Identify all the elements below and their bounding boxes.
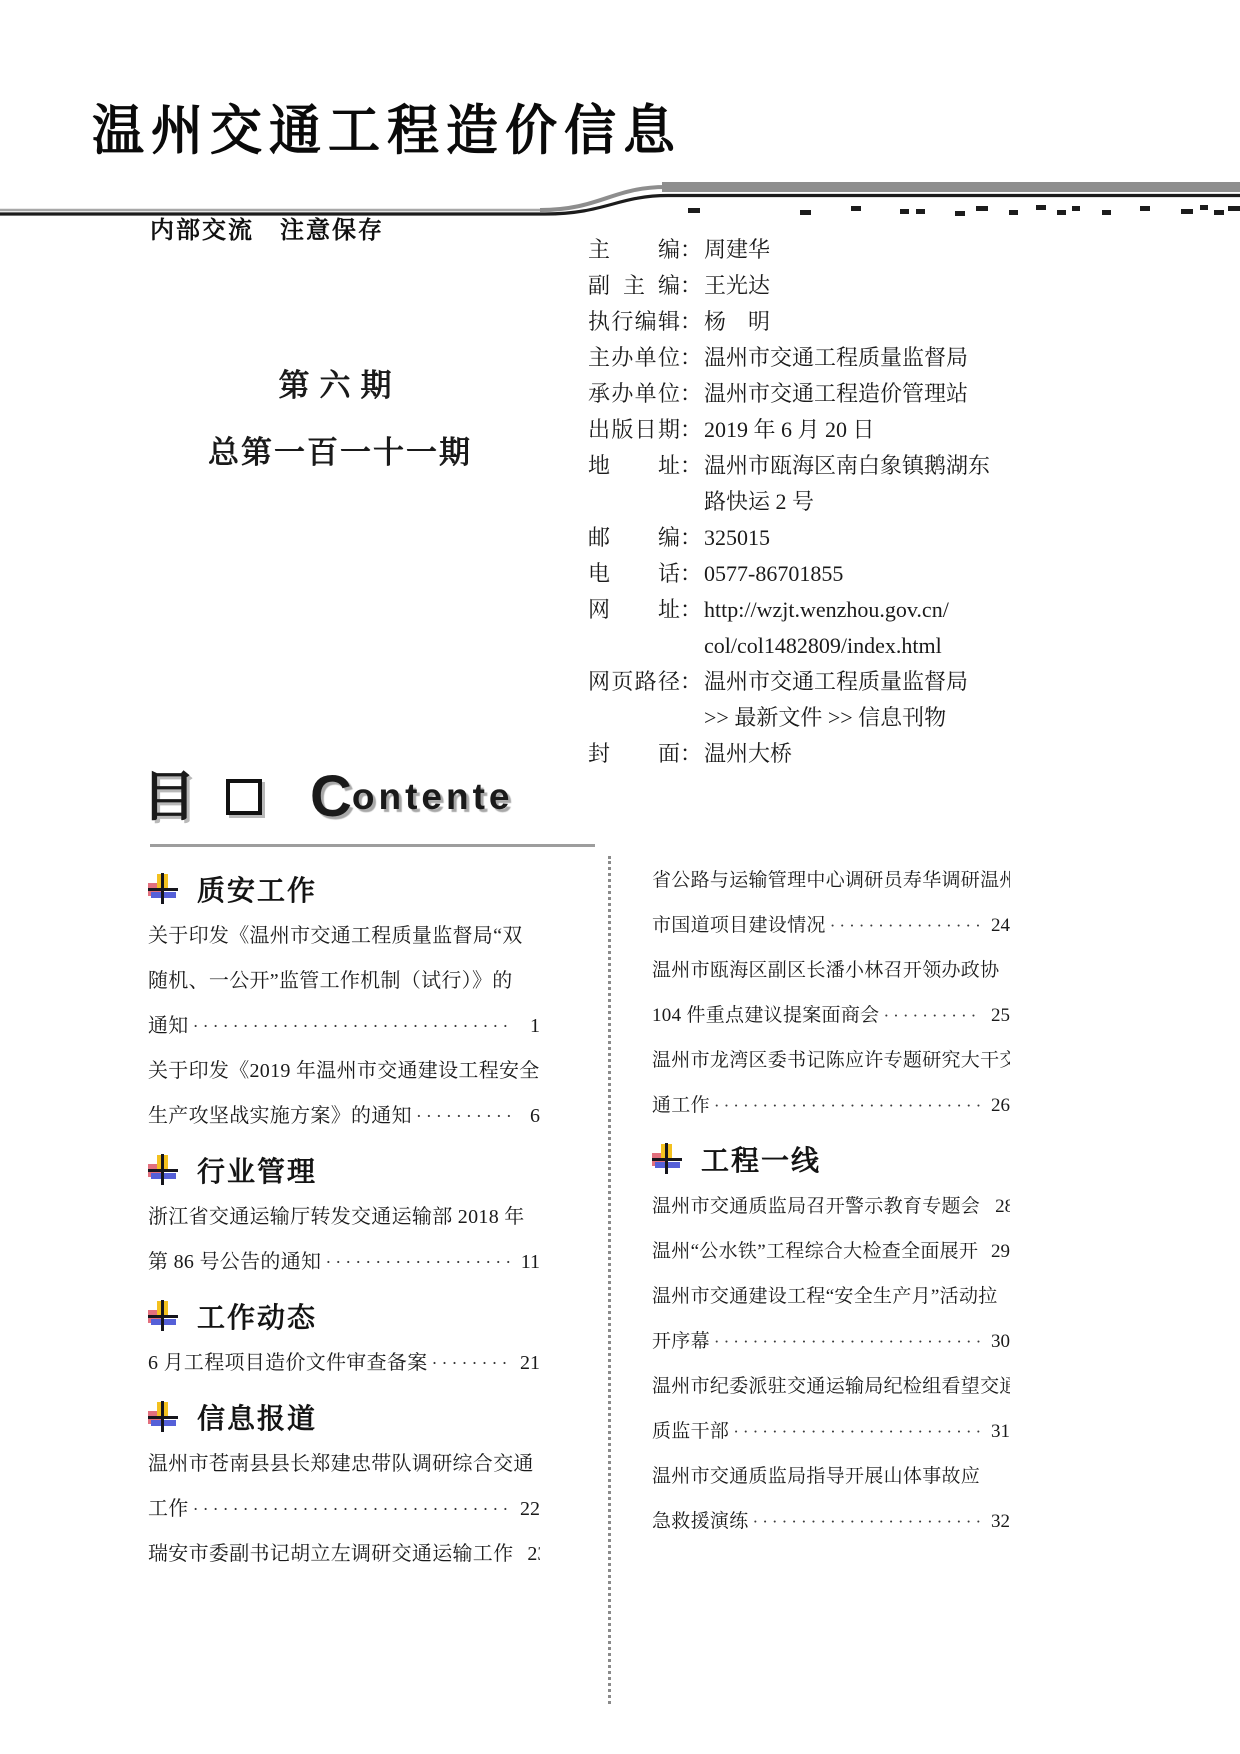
dot-leader [193,1487,510,1532]
meta-colon: ： [680,340,704,376]
contents-heading: 目 C ontente [142,768,514,826]
contents-heading-initial: C [310,768,352,826]
toc-section-title: 工作动态 [197,1296,317,1336]
toc-entry-line: 温州市交通建设工程“安全生产月”活动拉 [652,1274,1010,1319]
page-number: 25 [984,993,1010,1038]
meta-label: 网页路径 [588,664,680,700]
page-number: 23 [521,1532,540,1577]
meta-row: 承办单位：温州市交通工程造价管理站 [588,376,1148,412]
page-number: 1 [514,1004,540,1049]
toc-entry-text: 急救援演练 [652,1499,749,1544]
meta-label: 网址 [588,592,680,628]
toc-entry-text: 104 件重点建议提案面商会 [652,993,879,1038]
toc-entry-text: 关于印发《温州市交通工程质量监督局“双 [148,914,523,959]
toc-section-header: 工作动态 [148,1291,540,1341]
toc-entry-text: 温州市交通质监局召开警示教育专题会 [652,1184,980,1229]
toc-section-title: 工程一线 [701,1139,821,1179]
meta-row: 地址：温州市瓯海区南白象镇鹅湖东 [588,448,1148,484]
meta-value: 温州市交通工程造价管理站 [704,376,968,412]
meta-row: 副主编：王光达 [588,268,1148,304]
toc-entry-line: 通工作26 [652,1083,1010,1128]
section-bullet-icon [148,1401,179,1433]
page-number: 28 [988,1184,1010,1229]
meta-value: >> 最新文件 >> 信息刊物 [704,700,946,736]
contents-heading-word: ontente [352,776,514,818]
meta-value: col/col1482809/index.html [704,628,942,664]
section-bullet-icon [148,1300,179,1332]
page-number: 21 [514,1341,540,1386]
meta-colon: ： [680,592,704,628]
toc-entry-text: 开序幕 [652,1319,710,1364]
meta-colon: ： [680,304,704,340]
meta-value: 325015 [704,520,770,556]
meta-row: 主办单位：温州市交通工程质量监督局 [588,340,1148,376]
toc-entry-text: 通知 [148,1004,189,1049]
toc-entry-line: 温州市瓯海区副区长潘小林召开领办政协 [652,948,1010,993]
toc-entry-text: 生产攻坚战实施方案》的通知 [148,1094,412,1139]
meta-label: 副主编 [588,268,680,304]
dot-leader [193,1004,510,1049]
meta-label: 封面 [588,736,680,772]
toc-entry-text: 温州市交通质监局指导开展山体事故应 [652,1454,980,1499]
page-number: 11 [514,1240,540,1285]
dot-leader [733,1409,980,1454]
meta-value: 周建华 [704,232,770,268]
meta-label: 执行编辑 [588,304,680,340]
toc-section-header: 信息报道 [148,1392,540,1442]
toc-entry-text: 温州市纪委派驻交通运输局纪检组看望交通 [652,1364,1010,1409]
issue-number: 第六期 [190,360,490,405]
toc-entry-text: 浙江省交通运输厅转发交通运输部 2018 年 [148,1195,525,1240]
toc-entry-text: 质监干部 [652,1409,729,1454]
page-number: 6 [514,1094,540,1139]
meta-colon: ： [680,268,704,304]
toc-entry-text: 工作 [148,1487,189,1532]
meta-value: http://wzjt.wenzhou.gov.cn/ [704,592,949,628]
toc-column-right: 省公路与运输管理中心调研员寿华调研温州市国道项目建设情况24温州市瓯海区副区长潘… [652,858,1010,1544]
toc-entry-text: 通工作 [652,1083,710,1128]
page-number: 29 [984,1229,1010,1274]
page-number: 22 [514,1487,540,1532]
meta-value: 路快运 2 号 [704,484,814,520]
meta-colon: ： [680,520,704,556]
toc-section-title: 质安工作 [197,869,317,909]
toc-section-title: 行业管理 [197,1150,317,1190]
toc-entry-text: 温州市龙湾区委书记陈应许专题研究大干交 [652,1038,1010,1083]
toc-section-header: 质安工作 [148,864,540,914]
meta-colon: ： [680,412,704,448]
page-number: 32 [984,1499,1010,1544]
meta-row: 电话：0577-86701855 [588,556,1148,592]
page-title: 温州交通工程造价信息 [92,87,682,165]
toc-entry-line: 温州市苍南县县长郑建忠带队调研综合交通 [148,1442,540,1487]
meta-label: 出版日期 [588,412,680,448]
meta-value: 2019 年 6 月 20 日 [704,412,875,448]
toc-entry-text: 温州市交通建设工程“安全生产月”活动拉 [652,1274,998,1319]
meta-row: 封面：温州大桥 [588,736,1148,772]
meta-row: 出版日期：2019 年 6 月 20 日 [588,412,1148,448]
dot-leader [883,993,980,1038]
section-bullet-icon [652,1143,683,1175]
column-divider [608,856,611,1704]
toc-entry-text: 关于印发《2019 年温州市交通建设工程安全 [148,1049,540,1094]
toc-entry-text: 随机、一公开”监管工作机制（试行）》的 [148,959,513,1004]
dot-leader [753,1499,980,1544]
issue-total-number: 总第一百一十一期 [190,427,490,472]
meta-value: 温州大桥 [704,736,792,772]
section-bullet-icon [148,1154,179,1186]
toc-entry-line: 温州“公水铁”工程综合大检查全面展开29 [652,1229,1010,1274]
toc-entry-text: 市国道项目建设情况 [652,903,826,948]
meta-row: 主编：周建华 [588,232,1148,268]
toc-entry-line: 工作22 [148,1487,540,1532]
toc-section-header: 行业管理 [148,1145,540,1195]
page-number: 24 [984,903,1010,948]
contents-heading-mu: 目 [142,770,196,824]
meta-colon: ： [680,376,704,412]
toc-entry-line: 关于印发《温州市交通工程质量监督局“双 [148,914,540,959]
meta-row: >> 最新文件 >> 信息刊物 [588,700,1148,736]
document-page: 温州交通工程造价信息 内部交流 注意保存 第六期 总第一百 [0,0,1240,1754]
meta-value: 0577-86701855 [704,556,843,592]
meta-row: 网址：http://wzjt.wenzhou.gov.cn/ [588,592,1148,628]
toc-entry-line: 生产攻坚战实施方案》的通知6 [148,1094,540,1139]
meta-colon: ： [680,232,704,268]
toc-section-title: 信息报道 [197,1397,317,1437]
page-number: 26 [984,1083,1010,1128]
toc-column-left: 质安工作关于印发《温州市交通工程质量监督局“双随机、一公开”监管工作机制（试行）… [148,858,540,1577]
heading-underline [150,844,595,847]
meta-row: 网页路径：温州市交通工程质量监督局 [588,664,1148,700]
toc-entry-line: 104 件重点建议提案面商会25 [652,993,1010,1038]
dot-leader [432,1341,511,1386]
meta-row: col/col1482809/index.html [588,628,1148,664]
meta-colon: ： [680,448,704,484]
toc-entry-line: 急救援演练32 [652,1499,1010,1544]
meta-colon: ： [680,664,704,700]
toc-entry-text: 温州市瓯海区副区长潘小林召开领办政协 [652,948,999,993]
meta-label: 电话 [588,556,680,592]
toc-entry-text: 省公路与运输管理中心调研员寿华调研温州 [652,858,1010,903]
toc-entry-line: 浙江省交通运输厅转发交通运输部 2018 年 [148,1195,540,1240]
toc-entry-line: 开序幕30 [652,1319,1010,1364]
meta-colon: ： [680,556,704,592]
meta-label: 邮编 [588,520,680,556]
toc-entry-line: 温州市龙湾区委书记陈应许专题研究大干交 [652,1038,1010,1083]
dot-leader [830,903,980,948]
toc-entry-line: 温州市交通质监局召开警示教育专题会28 [652,1184,1010,1229]
meta-label: 主编 [588,232,680,268]
toc-entry-line: 温州市纪委派驻交通运输局纪检组看望交通 [652,1364,1010,1409]
toc-entry-line: 随机、一公开”监管工作机制（试行）》的 [148,959,540,1004]
meta-value: 杨 明 [704,304,770,340]
meta-row: 执行编辑：杨 明 [588,304,1148,340]
publication-meta: 主编：周建华副主编：王光达执行编辑：杨 明主办单位：温州市交通工程质量监督局承办… [588,232,1148,772]
toc-entry-line: 市国道项目建设情况24 [652,903,1010,948]
meta-label: 主办单位 [588,340,680,376]
page-number: 30 [984,1319,1010,1364]
meta-colon: ： [680,736,704,772]
dot-leader [325,1240,510,1285]
toc-entry-line: 通知1 [148,1004,540,1049]
meta-label: 地址 [588,448,680,484]
toc-entry-line: 省公路与运输管理中心调研员寿华调研温州 [652,858,1010,903]
toc-entry-text: 瑞安市委副书记胡立左调研交通运输工作 [148,1532,513,1577]
toc-entry-line: 第 86 号公告的通知11 [148,1240,540,1285]
toc-entry-line: 关于印发《2019 年温州市交通建设工程安全 [148,1049,540,1094]
toc-entry-text: 6 月工程项目造价文件审查备案 [148,1341,428,1386]
toc-entry-text: 温州市苍南县县长郑建忠带队调研综合交通 [148,1442,534,1487]
toc-section-header: 工程一线 [652,1134,1010,1184]
issue-block: 第六期 总第一百一十一期 [190,360,490,472]
dot-leader [714,1319,980,1364]
dot-leader [714,1083,980,1128]
toc-entry-line: 温州市交通质监局指导开展山体事故应 [652,1454,1010,1499]
meta-value: 王光达 [704,268,770,304]
dot-leader [416,1094,510,1139]
section-bullet-icon [148,873,179,905]
meta-row: 路快运 2 号 [588,484,1148,520]
contents-heading-box-icon [226,779,262,815]
toc-entry-line: 质监干部31 [652,1409,1010,1454]
meta-value: 温州市交通工程质量监督局 [704,664,968,700]
page-number: 31 [984,1409,1010,1454]
meta-value: 温州市瓯海区南白象镇鹅湖东 [704,448,990,484]
toc-entry-line: 瑞安市委副书记胡立左调研交通运输工作23 [148,1532,540,1577]
meta-label: 承办单位 [588,376,680,412]
meta-row: 邮编：325015 [588,520,1148,556]
meta-value: 温州市交通工程质量监督局 [704,340,968,376]
internal-notice: 内部交流 注意保存 [150,210,384,245]
toc-entry-text: 温州“公水铁”工程综合大检查全面展开 [652,1229,978,1274]
toc-entry-text: 第 86 号公告的通知 [148,1240,321,1285]
toc-entry-line: 6 月工程项目造价文件审查备案21 [148,1341,540,1386]
